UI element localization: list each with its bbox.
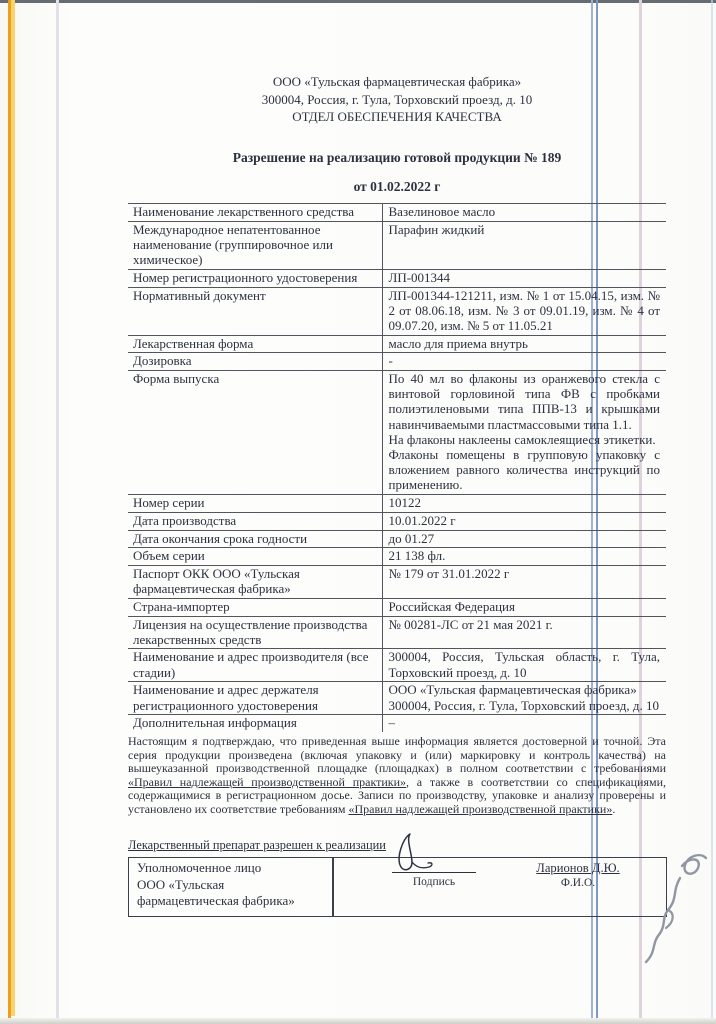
- row-value: Парафин жидкий: [382, 221, 666, 269]
- scan-edge-top: [0, 0, 716, 3]
- table-row: Дополнительная информация –: [128, 715, 666, 732]
- row-value: ЛП-001344: [382, 269, 666, 287]
- row-label: Паспорт ОКК ООО «Тульская фармацевтическ…: [128, 565, 382, 598]
- scan-edge-bottom: [0, 1018, 716, 1024]
- row-label: Наименование лекарственного средства: [128, 204, 382, 222]
- table-row: Страна-импортер Российская Федерация: [128, 598, 666, 616]
- table-row: Дозировка -: [128, 353, 666, 371]
- document-page: ООО «Тульская фармацевтическая фабрика» …: [0, 0, 716, 1024]
- row-label: Объем серии: [128, 548, 382, 566]
- row-label: Лицензия на осуществление производства л…: [128, 616, 382, 649]
- row-label: Дата окончания срока годности: [128, 530, 382, 548]
- row-value: Российская Федерация: [382, 598, 666, 616]
- table-row: Наименование лекарственного средства Ваз…: [128, 204, 666, 222]
- row-value: Вазелиновое масло: [382, 204, 666, 222]
- binder-stripe-yellow: [11, 0, 15, 1016]
- signer-name: Ларионов Д.Ю.: [518, 861, 638, 876]
- row-label: Наименование и адрес производителя (все …: [128, 649, 382, 682]
- release-statement: Лекарственный препарат разрешен к реализ…: [128, 838, 386, 853]
- table-row: Наименование и адрес держателя регистрац…: [128, 682, 666, 715]
- declaration-text-3: .: [612, 802, 615, 816]
- row-label: Форма выпуска: [128, 371, 382, 495]
- row-value: ООО «Тульская фармацевтическая фабрика» …: [382, 682, 666, 715]
- gmp-reference-2: «Правил надлежащей производственной прак…: [348, 802, 612, 816]
- row-label: Нормативный документ: [128, 287, 382, 335]
- row-label: Страна-импортер: [128, 598, 382, 616]
- handwritten-mark: [630, 852, 716, 982]
- row-label: Дополнительная информация: [128, 715, 382, 732]
- row-value: 10122: [382, 495, 666, 513]
- signer-name-caption: Ф.И.О.: [518, 877, 638, 889]
- letterhead: ООО «Тульская фармацевтическая фабрика» …: [128, 73, 666, 126]
- row-value: № 179 от 31.01.2022 г: [382, 565, 666, 598]
- signature-caption: Подпись: [380, 876, 488, 888]
- signature-table-divider: [332, 858, 334, 916]
- page-fold-line: [56, 0, 59, 1018]
- table-row: Международное непатентованное наименован…: [128, 221, 666, 269]
- row-label: Номер регистрационного удостоверения: [128, 269, 382, 287]
- table-row: Дата производства 10.01.2022 г: [128, 512, 666, 530]
- table-row: Лицензия на осуществление производства л…: [128, 616, 666, 649]
- department-name: ОТДЕЛ ОБЕСПЕЧЕНИЯ КАЧЕСТВА: [128, 108, 666, 126]
- company-address: 300004, Россия, г. Тула, Торховский прое…: [128, 91, 666, 109]
- row-value: –: [382, 715, 666, 732]
- row-label: Лекарственная форма: [128, 335, 382, 353]
- row-label: Номер серии: [128, 495, 382, 513]
- row-label: Международное непатентованное наименован…: [128, 221, 382, 269]
- table-row: Форма выпуска По 40 мл во флаконы из ора…: [128, 371, 666, 495]
- row-value: до 01.27: [382, 530, 666, 548]
- table-row: Номер регистрационного удостоверения ЛП-…: [128, 269, 666, 287]
- declaration-paragraph: Настоящим я подтверждаю, что приведенная…: [128, 735, 666, 816]
- signature-line: [392, 872, 476, 873]
- row-value: масло для приема внутрь: [382, 335, 666, 353]
- product-details-table: Наименование лекарственного средства Ваз…: [128, 203, 666, 732]
- table-row: Объем серии 21 138 фл.: [128, 548, 666, 566]
- table-row: Лекарственная форма масло для приема вну…: [128, 335, 666, 353]
- row-value: -: [382, 353, 666, 371]
- signature-scribble: [388, 831, 458, 875]
- row-value: ЛП-001344-121211, изм. № 1 от 15.04.15, …: [382, 287, 666, 335]
- table-row: Наименование и адрес производителя (все …: [128, 649, 666, 682]
- declaration-text-1: Настоящим я подтверждаю, что приведенная…: [128, 734, 666, 775]
- authorized-person-label: Уполномоченное лицо ООО «Тульская фармац…: [137, 860, 325, 910]
- table-row: Нормативный документ ЛП-001344-121211, и…: [128, 287, 666, 335]
- row-value: 10.01.2022 г: [382, 512, 666, 530]
- table-row: Номер серии 10122: [128, 495, 666, 513]
- row-label: Наименование и адрес держателя регистрац…: [128, 682, 382, 715]
- row-label: Дозировка: [128, 353, 382, 371]
- company-name: ООО «Тульская фармацевтическая фабрика»: [128, 73, 666, 91]
- document-title: Разрешение на реализацию готовой продукц…: [128, 150, 666, 166]
- table-row: Паспорт ОКК ООО «Тульская фармацевтическ…: [128, 565, 666, 598]
- table-row: Дата окончания срока годности до 01.27: [128, 530, 666, 548]
- row-value: 21 138 фл.: [382, 548, 666, 566]
- row-value: По 40 мл во флаконы из оранжевого стекла…: [382, 371, 666, 495]
- row-label: Дата производства: [128, 512, 382, 530]
- row-value: 300004, Россия, Тульская область, г. Тул…: [382, 649, 666, 682]
- row-value: № 00281-ЛС от 21 мая 2021 г.: [382, 616, 666, 649]
- document-date: от 01.02.2022 г: [128, 179, 666, 195]
- gmp-reference-1: «Правил надлежащей производственной прак…: [128, 775, 409, 789]
